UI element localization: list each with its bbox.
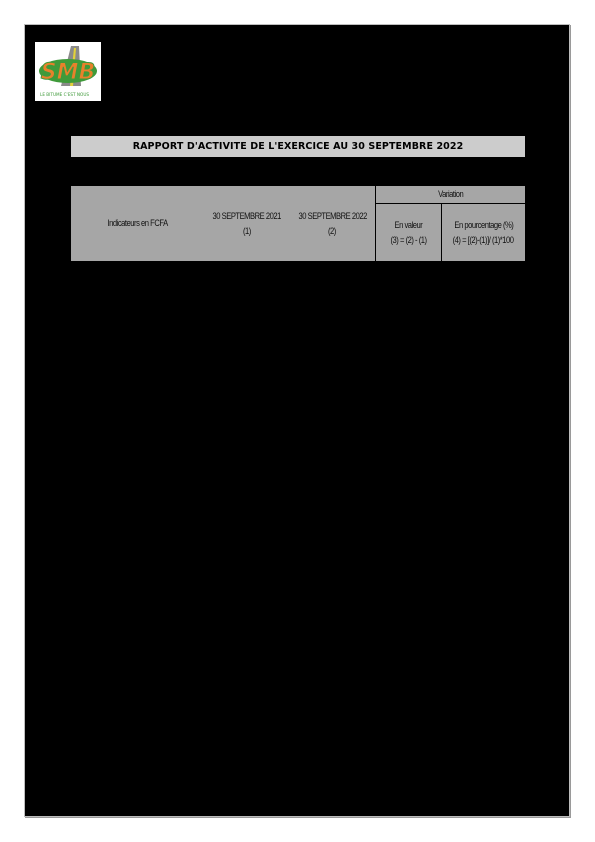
header-indicators: Indicateurs en FCFA (71, 186, 204, 261)
indicators-table: Indicateurs en FCFA 30 SEPTEMBRE 2021 (1… (71, 186, 525, 261)
header-variation: Variation (376, 186, 525, 204)
header-variation-percent: En pourcentage (%) (4) = [(2)-(1)]/ (1)*… (441, 204, 525, 262)
report-title: RAPPORT D'ACTIVITE DE L'EXERCICE AU 30 S… (71, 136, 525, 157)
company-logo: SMB LE BITUME C'EST NOUS (35, 42, 101, 101)
smb-logo-icon: SMB LE BITUME C'EST NOUS (35, 42, 101, 101)
svg-text:LE BITUME C'EST NOUS: LE BITUME C'EST NOUS (40, 92, 89, 97)
header-period-2021: 30 SEPTEMBRE 2021 (1) (204, 186, 289, 261)
header-variation-value: En valeur (3) = (2) - (1) (376, 204, 442, 262)
svg-text:SMB: SMB (41, 60, 96, 85)
header-period-2022: 30 SEPTEMBRE 2022 (2) (290, 186, 376, 261)
report-title-text: RAPPORT D'ACTIVITE DE L'EXERCICE AU 30 S… (133, 141, 464, 152)
